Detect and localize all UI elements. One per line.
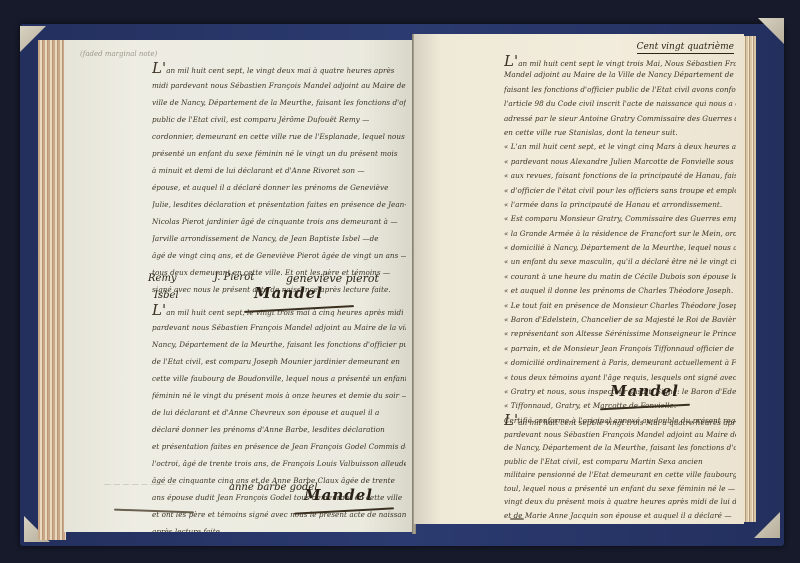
record-line: de l'Etat civil, est comparu Joseph Moun…	[152, 353, 406, 370]
record-line: après lecture faite.	[152, 523, 406, 532]
record-line: et présentation faites en présence de Je…	[152, 438, 406, 455]
signature-isbel: Isbel	[154, 290, 179, 301]
record-line: ville de Nancy, Département de la Meurth…	[152, 94, 406, 111]
record-line: L'an mil huit cent sept, le vingt deux m…	[152, 60, 406, 77]
signature-remy: Remy	[148, 273, 177, 284]
record-line: faisant les fonctions d'officier public …	[504, 83, 736, 97]
record-line: pardevant nous Sébastien François Mandel…	[504, 428, 736, 442]
page-edges-right	[742, 36, 756, 522]
birth-record-right-2: L'an mil huit cent sept le vingt trois M…	[504, 414, 736, 522]
record-line: Nancy, Département de la Meurthe, faisan…	[152, 336, 406, 353]
record-line: public de l'Etat civil, est comparu Jérô…	[152, 111, 406, 128]
record-line: l'article 98 du Code civil inscrit l'act…	[504, 97, 736, 111]
record-line: à minuit et demi de lui déclarant et d'A…	[152, 162, 406, 179]
record-line: « domicilié ordinairement à Paris, demeu…	[504, 356, 736, 370]
record-line: « aux revues, faisant fonctions de la pr…	[504, 169, 736, 183]
underline-mark	[510, 518, 524, 520]
record-line: « l'armée dans la principauté de Hanau e…	[504, 198, 736, 212]
record-line: midi pardevant nous Sébastien François M…	[152, 77, 406, 94]
birth-record-left-1: L'an mil huit cent sept, le vingt deux m…	[152, 60, 406, 298]
signature-mandel-right: Mandel	[610, 382, 679, 400]
birth-record-right-1: L'an mil huit cent sept le vingt trois M…	[504, 54, 736, 428]
record-line: « domicilié à Nancy, Département de la M…	[504, 241, 736, 255]
signature-pierot: J. Pierot	[214, 272, 254, 283]
record-line: « pardevant nous Alexandre Julien Marcot…	[504, 155, 736, 169]
record-line: « représentant son Altesse Sérénissime M…	[504, 327, 736, 341]
record-line: L'an mil huit cent sept le vingt trois M…	[504, 54, 736, 68]
record-line: public de l'Etat civil, est comparu Mart…	[504, 455, 736, 469]
record-line: de lui déclarant et d'Anne Chevreux son …	[152, 404, 406, 421]
record-line: pardevant nous Sébastien François Mandel…	[152, 319, 406, 336]
bleed-through-text: — — — — — — — —	[104, 480, 176, 488]
record-line: et de Marie Anne Jacquin son épouse et a…	[504, 509, 736, 523]
record-line: L'an mil huit cent sept le vingt trois M…	[504, 414, 736, 428]
page-edges-left	[38, 40, 66, 540]
record-line: « d'officier de l'état civil pour les of…	[504, 184, 736, 198]
record-line: cordonnier, demeurant en cette ville rue…	[152, 128, 406, 145]
record-line: « un enfant du sexe masculin, qu'il a dé…	[504, 255, 736, 269]
record-line: de Nancy, Département de la Meurthe, fai…	[504, 441, 736, 455]
record-line: Julie, lesdites déclaration et présentat…	[152, 196, 406, 213]
record-line: « et auquel il donne les prénoms de Char…	[504, 284, 736, 298]
record-line: « L'an mil huit cent sept, et le vingt c…	[504, 140, 736, 154]
right-page: Cent vingt quatrième L'an mil huit cent …	[414, 34, 744, 524]
record-line: cette ville faubourg de Boudonville, leq…	[152, 370, 406, 387]
record-line: épouse, et auquel il a déclaré donner le…	[152, 179, 406, 196]
record-line: âgé de vingt cinq ans, et de Geneviève P…	[152, 247, 406, 264]
record-line: « Le tout fait en présence de Monsieur C…	[504, 299, 736, 313]
record-line: Mandel adjoint au Maire de la Ville de N…	[504, 68, 736, 82]
record-line: l'octroi, âgé de trente trois ans, de Fr…	[152, 455, 406, 472]
record-line: vingt deux du présent mois à quatre heur…	[504, 495, 736, 509]
record-line: « parrain, et de Monsieur Jean François …	[504, 342, 736, 356]
record-line: présenté un enfant du sexe féminin né le…	[152, 145, 406, 162]
record-line: féminin né le vingt du présent mois à on…	[152, 387, 406, 404]
record-line: adressé par le sieur Antoine Gratry Comm…	[504, 112, 736, 126]
signature-mandel: Mandel	[254, 284, 323, 302]
record-line: L'an mil huit cent sept, le vingt trois …	[152, 302, 406, 319]
record-line: « Est comparu Monsieur Gratry, Commissai…	[504, 212, 736, 226]
record-line: « la Grande Armée à la résidence de Fran…	[504, 227, 736, 241]
margin-note: (faded marginal note)	[80, 50, 157, 58]
record-line: en cette ville rue Stanislas, dont la te…	[504, 126, 736, 140]
record-line: Jarville arrondissement de Nancy, de Jea…	[152, 230, 406, 247]
left-page: (faded marginal note) L'an mil huit cent…	[64, 40, 414, 532]
record-line: Nicolas Pierot jardinier âgé de cinquant…	[152, 213, 406, 230]
record-line: toul, lequel nous a présenté un enfant d…	[504, 482, 736, 496]
record-line: militaire pensionné de l'Etat demeurant …	[504, 468, 736, 482]
record-line: « Baron d'Edelstein, Chancelier de sa Ma…	[504, 313, 736, 327]
signature-mandel-2: Mandel	[304, 486, 373, 504]
record-line: « courant à une heure du matin de Cécile…	[504, 270, 736, 284]
record-line: déclaré donner les prénoms d'Anne Barbe,…	[152, 421, 406, 438]
folio-number: Cent vingt quatrième	[637, 42, 734, 54]
